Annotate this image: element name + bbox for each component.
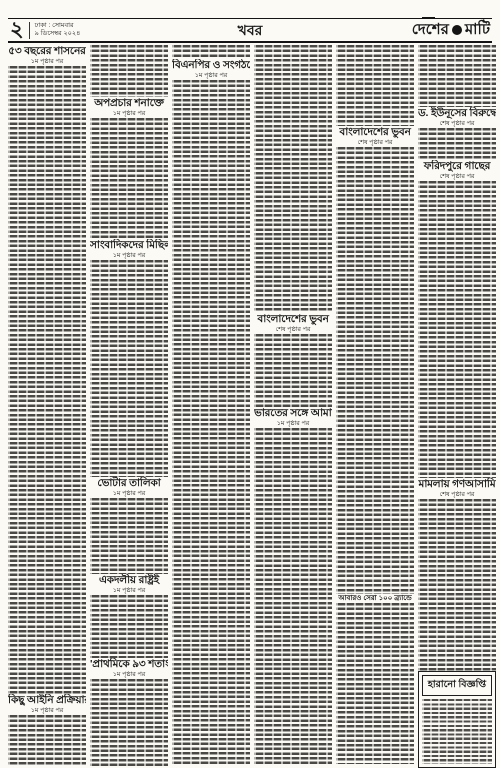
continuation-note: শেষ পৃষ্ঠার পর bbox=[418, 173, 496, 181]
continuation-note: ১ম পৃষ্ঠার পর bbox=[8, 707, 86, 715]
body-text-block bbox=[418, 499, 496, 671]
article-headline: একদলীয় রাষ্ট্রই bbox=[90, 574, 168, 587]
page-number: ২ bbox=[10, 20, 24, 40]
continuation-note: শেষ পৃষ্ঠার পর bbox=[418, 491, 496, 499]
body-text-block bbox=[8, 715, 86, 766]
column-4: বাংলাদেশের ভুবন শেষ পৃষ্ঠার পর ভারতের সঙ… bbox=[254, 45, 332, 768]
lost-notice-box: হারানো বিজ্ঞপ্তি bbox=[418, 671, 496, 768]
column-3: বিএনপির ও সংগঠনের ১ম পৃষ্ঠার পর bbox=[172, 45, 250, 768]
article-headline: মামলায় গণআসামি bbox=[418, 478, 496, 491]
body-text-block bbox=[254, 334, 332, 407]
masthead: দেশের মাটি bbox=[412, 20, 490, 40]
body-text-block bbox=[90, 679, 168, 768]
article-headline: ড. ইউনূসের বিরুদ্ধে bbox=[418, 107, 496, 120]
lost-notice-text bbox=[422, 699, 492, 764]
article-headline: ৫৩ বছরের শাসনের bbox=[8, 45, 86, 58]
masthead-accent-mark bbox=[422, 17, 435, 19]
article-headline: ফরিদপুরে গাছের bbox=[418, 160, 496, 173]
article-headline: ভারতের সঙ্গে আমাদের bbox=[254, 407, 332, 420]
continuation-note: শেষ পৃষ্ঠার পর bbox=[336, 139, 414, 147]
article-headline: বাংলাদেশের ভুবন bbox=[336, 126, 414, 139]
continuation-note: শেষ পৃষ্ঠার পর bbox=[254, 326, 332, 334]
article-headline: অপপ্রচার শনাক্তে bbox=[90, 97, 168, 110]
body-text-block bbox=[336, 45, 414, 126]
masthead-word-1: দেশের bbox=[412, 20, 449, 40]
continuation-note: শেষ পৃষ্ঠার পর bbox=[418, 120, 496, 128]
body-text-block bbox=[336, 603, 414, 764]
body-text-block bbox=[172, 80, 250, 764]
section-title: খবর bbox=[238, 21, 263, 39]
article-headline: ভোটার তালিকা bbox=[90, 477, 168, 490]
city-day: ঢাকা : সোমবার bbox=[35, 22, 81, 30]
masthead-word-2: মাটি bbox=[465, 20, 490, 40]
header-divider bbox=[29, 22, 30, 39]
continuation-note: ১ম পৃষ্ঠার পর bbox=[254, 420, 332, 428]
page-header: ২ ঢাকা : সোমবার ৯ ডিসেম্বর ২০২৪ খবর দেশে… bbox=[8, 20, 492, 40]
continuation-note: ১ম পৃষ্ঠার পর bbox=[8, 58, 86, 66]
dateline-stack: ঢাকা : সোমবার ৯ ডিসেম্বর ২০২৪ bbox=[35, 22, 81, 38]
masthead-dot-icon bbox=[452, 25, 462, 35]
body-text-block bbox=[90, 498, 168, 574]
column-5: বাংলাদেশের ভুবন শেষ পৃষ্ঠার পর আবারও সের… bbox=[336, 45, 414, 768]
header-top-rule bbox=[8, 18, 492, 19]
body-text-block bbox=[254, 428, 332, 766]
body-text-block bbox=[172, 45, 250, 59]
body-text-block bbox=[90, 45, 168, 97]
column-6: ড. ইউনূসের বিরুদ্ধে শেষ পৃষ্ঠার পর ফরিদপ… bbox=[418, 45, 496, 768]
newspaper-page: ২ ঢাকা : সোমবার ৯ ডিসেম্বর ২০২৪ খবর দেশে… bbox=[0, 0, 500, 768]
article-headline: সাংবাদিকদের মিছিল bbox=[90, 239, 168, 252]
lost-notice-title: হারানো বিজ্ঞপ্তি bbox=[422, 675, 492, 696]
body-text-block bbox=[418, 45, 496, 107]
article-headline: বাংলাদেশের ভুবন bbox=[254, 313, 332, 326]
continuation-note: ১ম পৃষ্ঠার পর bbox=[90, 252, 168, 260]
body-text-block bbox=[418, 181, 496, 478]
issue-date: ৯ ডিসেম্বর ২০২৪ bbox=[35, 30, 81, 38]
continuation-note: ১ম পৃষ্ঠার পর bbox=[90, 587, 168, 595]
article-headline: কিছু আইনি প্রক্রিয়ার bbox=[8, 694, 86, 707]
continuation-note: ১ম পৃষ্ঠার পর bbox=[90, 490, 168, 498]
continuation-note: ১ম পৃষ্ঠার পর bbox=[172, 72, 250, 80]
inline-subhead: আবারও সেরা ১০০ ব্র্যান্ডে bbox=[336, 594, 414, 603]
body-text-block bbox=[336, 147, 414, 594]
column-2: অপপ্রচার শনাক্তে ১ম পৃষ্ঠার পর সাংবাদিকদ… bbox=[90, 45, 168, 768]
column-1: ৫৩ বছরের শাসনের ১ম পৃষ্ঠার পর কিছু আইনি … bbox=[8, 45, 86, 768]
body-columns: ৫৩ বছরের শাসনের ১ম পৃষ্ঠার পর কিছু আইনি … bbox=[8, 45, 496, 768]
header-left: ২ ঢাকা : সোমবার ৯ ডিসেম্বর ২০২৪ bbox=[10, 20, 80, 40]
continuation-note: ১ম পৃষ্ঠার পর bbox=[90, 671, 168, 679]
body-text-block bbox=[254, 45, 332, 313]
header-bottom-rule bbox=[8, 41, 492, 43]
body-text-block bbox=[90, 260, 168, 477]
body-text-block bbox=[418, 128, 496, 160]
continuation-note: ১ম পৃষ্ঠার পর bbox=[90, 110, 168, 118]
article-headline: বিএনপির ও সংগঠনের bbox=[172, 59, 250, 72]
body-text-block bbox=[90, 118, 168, 239]
body-text-block bbox=[90, 595, 168, 658]
article-headline: 'প্রাথমিকে ৯৩ শতাংশ bbox=[90, 658, 168, 671]
body-text-block bbox=[8, 66, 86, 694]
